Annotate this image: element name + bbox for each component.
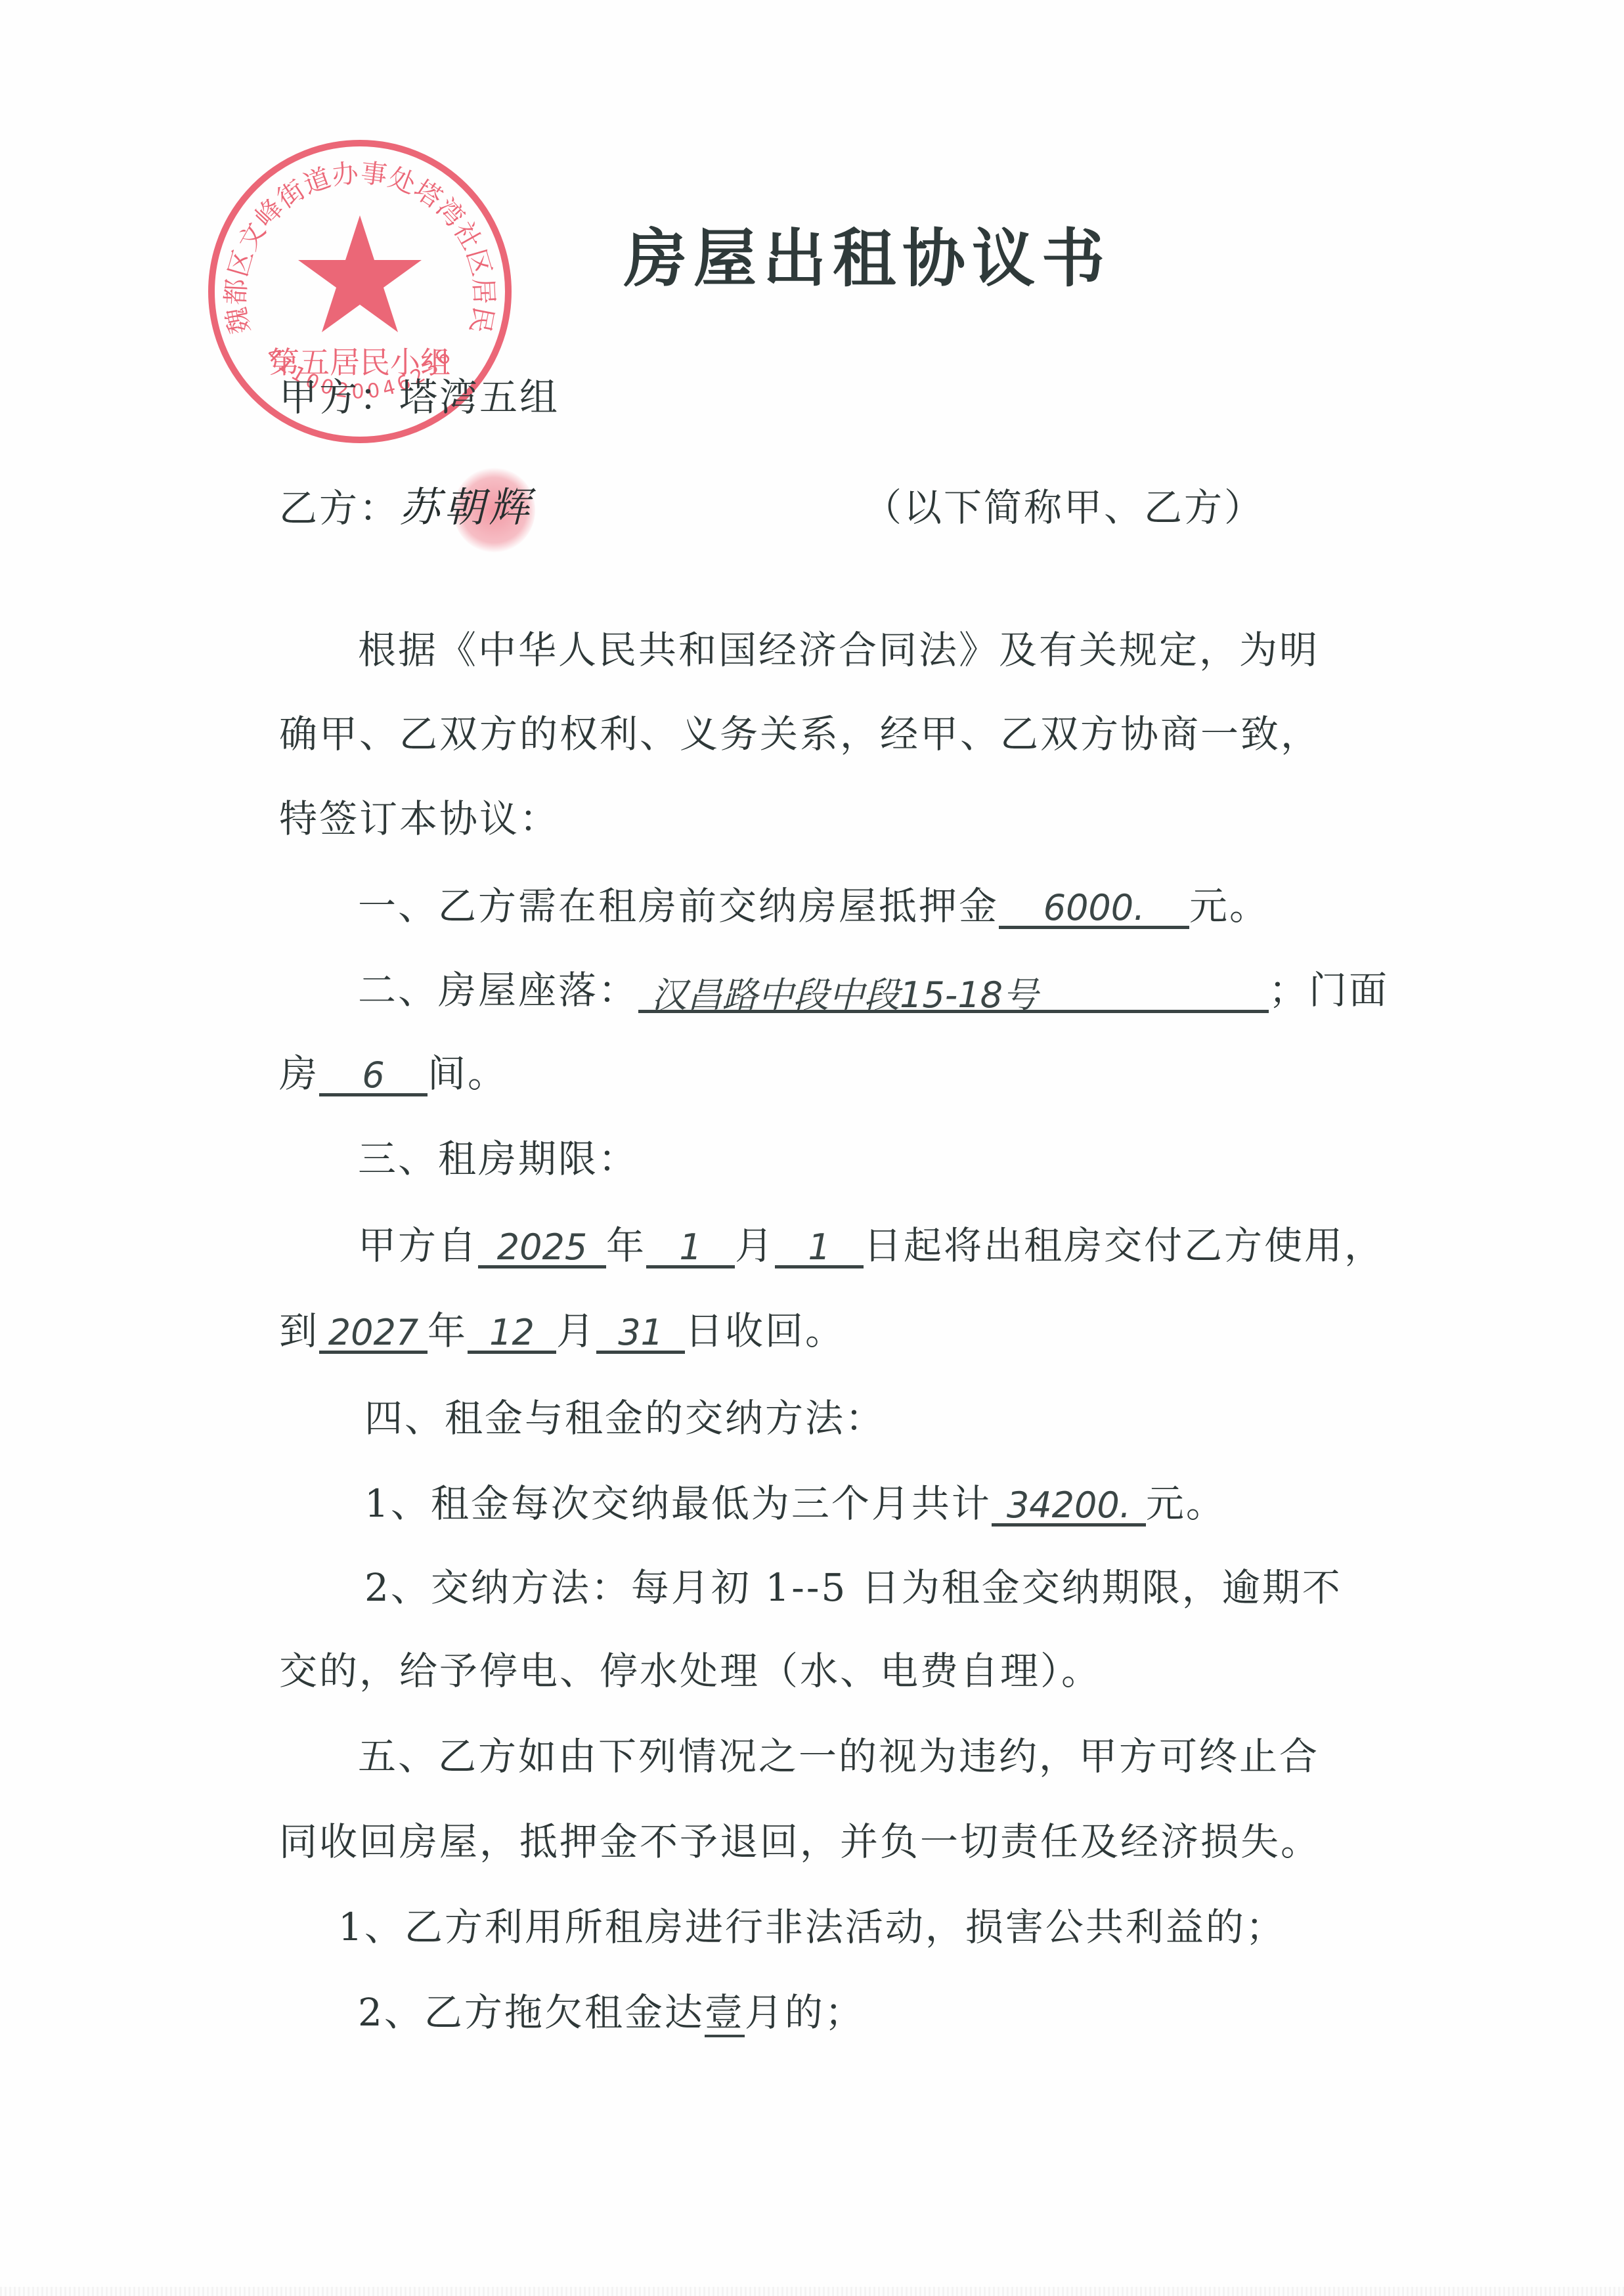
rooms-prefix: 房 [279,1051,319,1096]
clause-5-line-1: 五、乙方如由下列情况之一的视为违约，甲方可终止合 [358,1733,1319,1779]
rooms-count-field: 6 [319,1052,428,1096]
clause-1-deposit: 一、乙方需在租房前交纳房屋抵押金6000.元。 [358,883,1269,929]
party-a-value: 塔湾五组 [399,375,560,420]
party-b-line: 乙方：苏朝辉 [279,485,533,531]
month-label: 月 [556,1309,596,1353]
start-day-field: 1 [775,1224,864,1268]
preamble-line-1: 根据《中华人民共和国经济合同法》及有关规定，为明 [358,627,1319,673]
start-year-field: 2025 [478,1224,606,1268]
violation-item-2: 2、乙方拖欠租金达壹月的； [358,1989,865,2035]
rent-amount-line: 1、租金每次交纳最低为三个月共计34200.元。 [364,1481,1226,1527]
end-suffix: 日收回。 [685,1309,845,1353]
violation-2-prefix: 2、乙方拖欠租金达 [358,1990,705,2035]
clause-3-heading: 三、租房期限： [358,1136,638,1182]
violation-2-suffix: 月的； [745,1990,865,2035]
start-month-field: 1 [646,1224,735,1268]
party-b-label: 乙方： [279,486,399,531]
year-label: 年 [606,1223,646,1268]
clause-2-suffix: ；门面 [1269,968,1389,1012]
document-title: 房屋出租协议书 [624,209,1111,299]
clause-2-text: 二、房屋座落： [358,968,638,1012]
rent-amount-field: 34200. [992,1483,1146,1527]
clause-2-location: 二、房屋座落：汉昌路中段中段15-18号；门面 [358,967,1389,1013]
party-b-signature: 苏朝辉 [399,483,533,531]
clause-4-heading: 四、租金与租金的交纳方法： [364,1395,885,1441]
end-prefix: 到 [279,1309,319,1353]
end-month-field: 12 [468,1310,556,1354]
violation-2-months: 壹 [705,1990,745,2037]
payment-method-line-2: 交的，给予停电、停水处理（水、电费自理）。 [279,1648,1101,1694]
year-label: 年 [428,1309,468,1353]
rooms-suffix: 间。 [428,1051,508,1096]
start-suffix: 日起将出租房交付乙方使用， [864,1223,1384,1268]
payment-method-line-1: 2、交纳方法：每月初 1--5 日为租金交纳期限，逾期不 [364,1565,1342,1611]
preamble-line-2: 确甲、乙双方的权利、义务关系，经甲、乙双方协商一致， [279,711,1321,757]
party-b-note: （以下简称甲、乙方） [864,485,1264,531]
rent-prefix: 1、租金每次交纳最低为三个月共计 [364,1481,992,1526]
end-day-field: 31 [596,1310,685,1354]
violation-item-1: 1、乙方利用所租房进行非法活动，损害公共利益的； [338,1904,1286,1950]
star-icon [298,215,422,332]
lease-start-line: 甲方自2025年1月1日起将出租房交付乙方使用， [358,1223,1384,1268]
deposit-amount-field: 6000. [999,885,1189,929]
preamble-line-3: 特签订本协议： [279,796,560,842]
scan-edge-noise [0,2287,1624,2296]
party-a-line: 甲方：塔湾五组 [279,374,560,420]
address-field: 汉昌路中段中段15-18号 [638,972,1269,1013]
start-prefix: 甲方自 [358,1223,478,1268]
clause-2-rooms: 房6间。 [279,1051,508,1096]
party-a-label: 甲方： [279,375,399,420]
month-label: 月 [735,1223,775,1268]
clause-1-suffix: 元。 [1189,884,1269,928]
clause-5-line-2: 同收回房屋，抵押金不予退回，并负一切责任及经济损失。 [279,1819,1321,1865]
end-year-field: 2027 [319,1310,428,1354]
contract-page: 许昌市魏都区文峰街道办事处塔湾社区居民委员会 第五居民小组 4110020046… [0,0,1624,2296]
lease-end-line: 到2027年12月31日收回。 [279,1308,845,1354]
rent-suffix: 元。 [1146,1481,1226,1526]
clause-1-text: 一、乙方需在租房前交纳房屋抵押金 [358,884,999,928]
